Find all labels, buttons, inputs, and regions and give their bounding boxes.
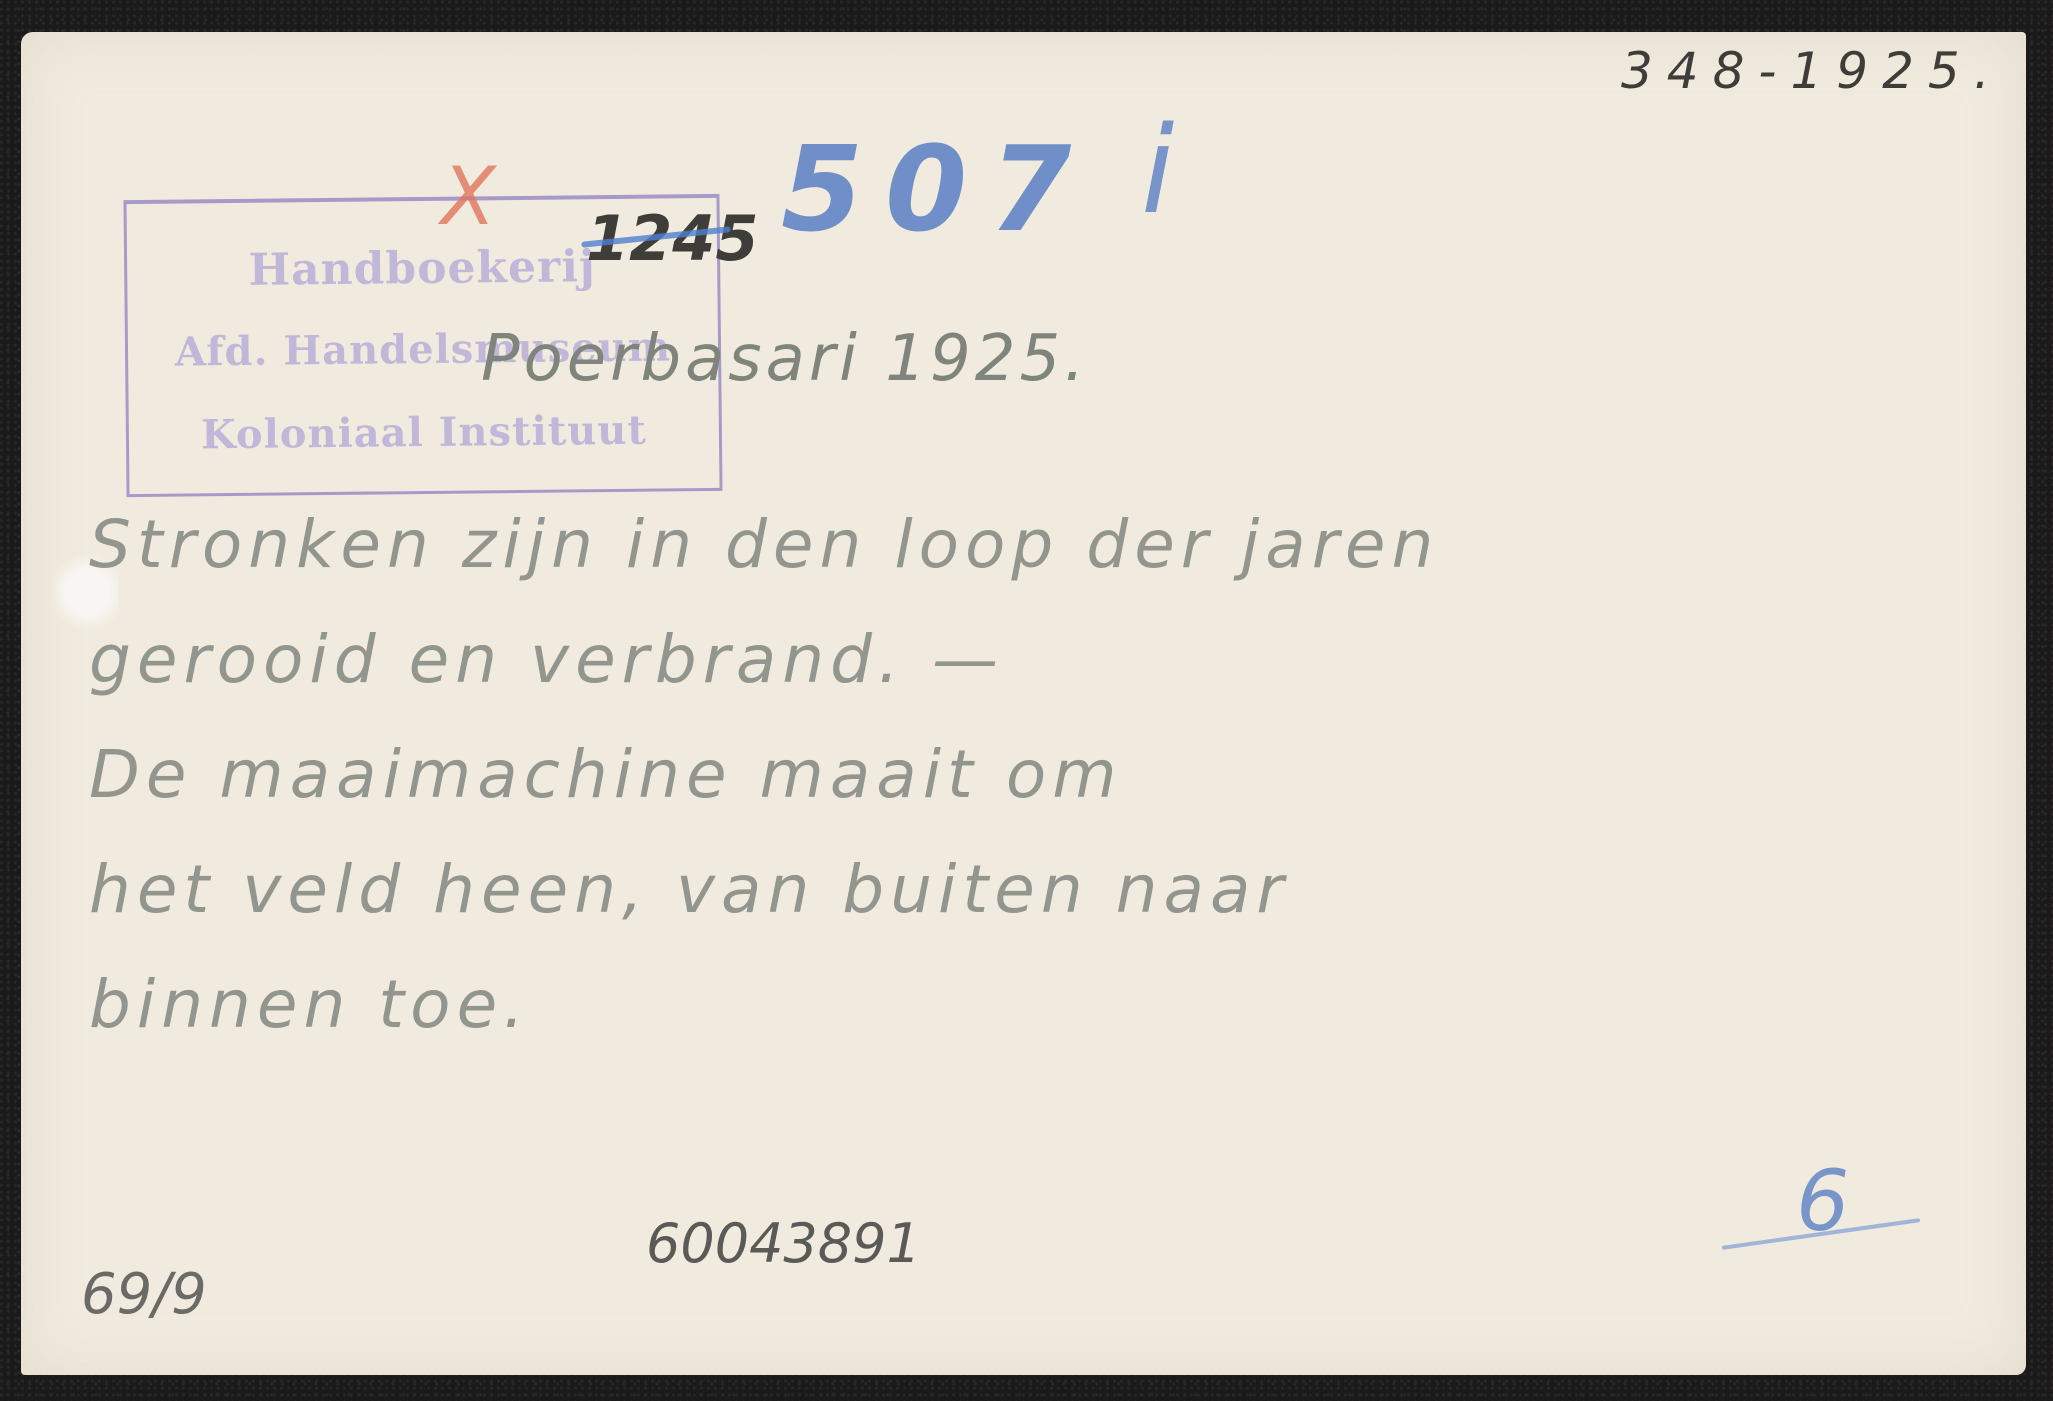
blue-catalog-letter: i bbox=[1141, 102, 1174, 241]
caption-line: De maaimachine maait om bbox=[89, 717, 1439, 832]
archive-number: 348-1925. bbox=[1621, 42, 2004, 100]
location-date: Poerbasari 1925. bbox=[481, 322, 1089, 396]
caption-line: het veld heen, van buiten naar bbox=[89, 832, 1439, 947]
photo-card-back: 348-1925. 507 i Handboekerij Afd. Handel… bbox=[21, 32, 2026, 1375]
stamp-line-3: Koloniaal Instituut bbox=[129, 406, 719, 459]
blue-catalog-number: 507 bbox=[781, 120, 1093, 258]
caption-text: Stronken zijn in den loop der jaren gero… bbox=[89, 487, 1439, 1062]
caption-line: Stronken zijn in den loop der jaren bbox=[89, 487, 1439, 602]
red-check-mark: X bbox=[441, 150, 496, 243]
inventory-number: 60043891 bbox=[646, 1212, 921, 1275]
shelf-mark: 69/9 bbox=[81, 1262, 207, 1327]
caption-line: binnen toe. bbox=[89, 947, 1439, 1062]
caption-line: gerooid en verbrand. — bbox=[89, 602, 1439, 717]
